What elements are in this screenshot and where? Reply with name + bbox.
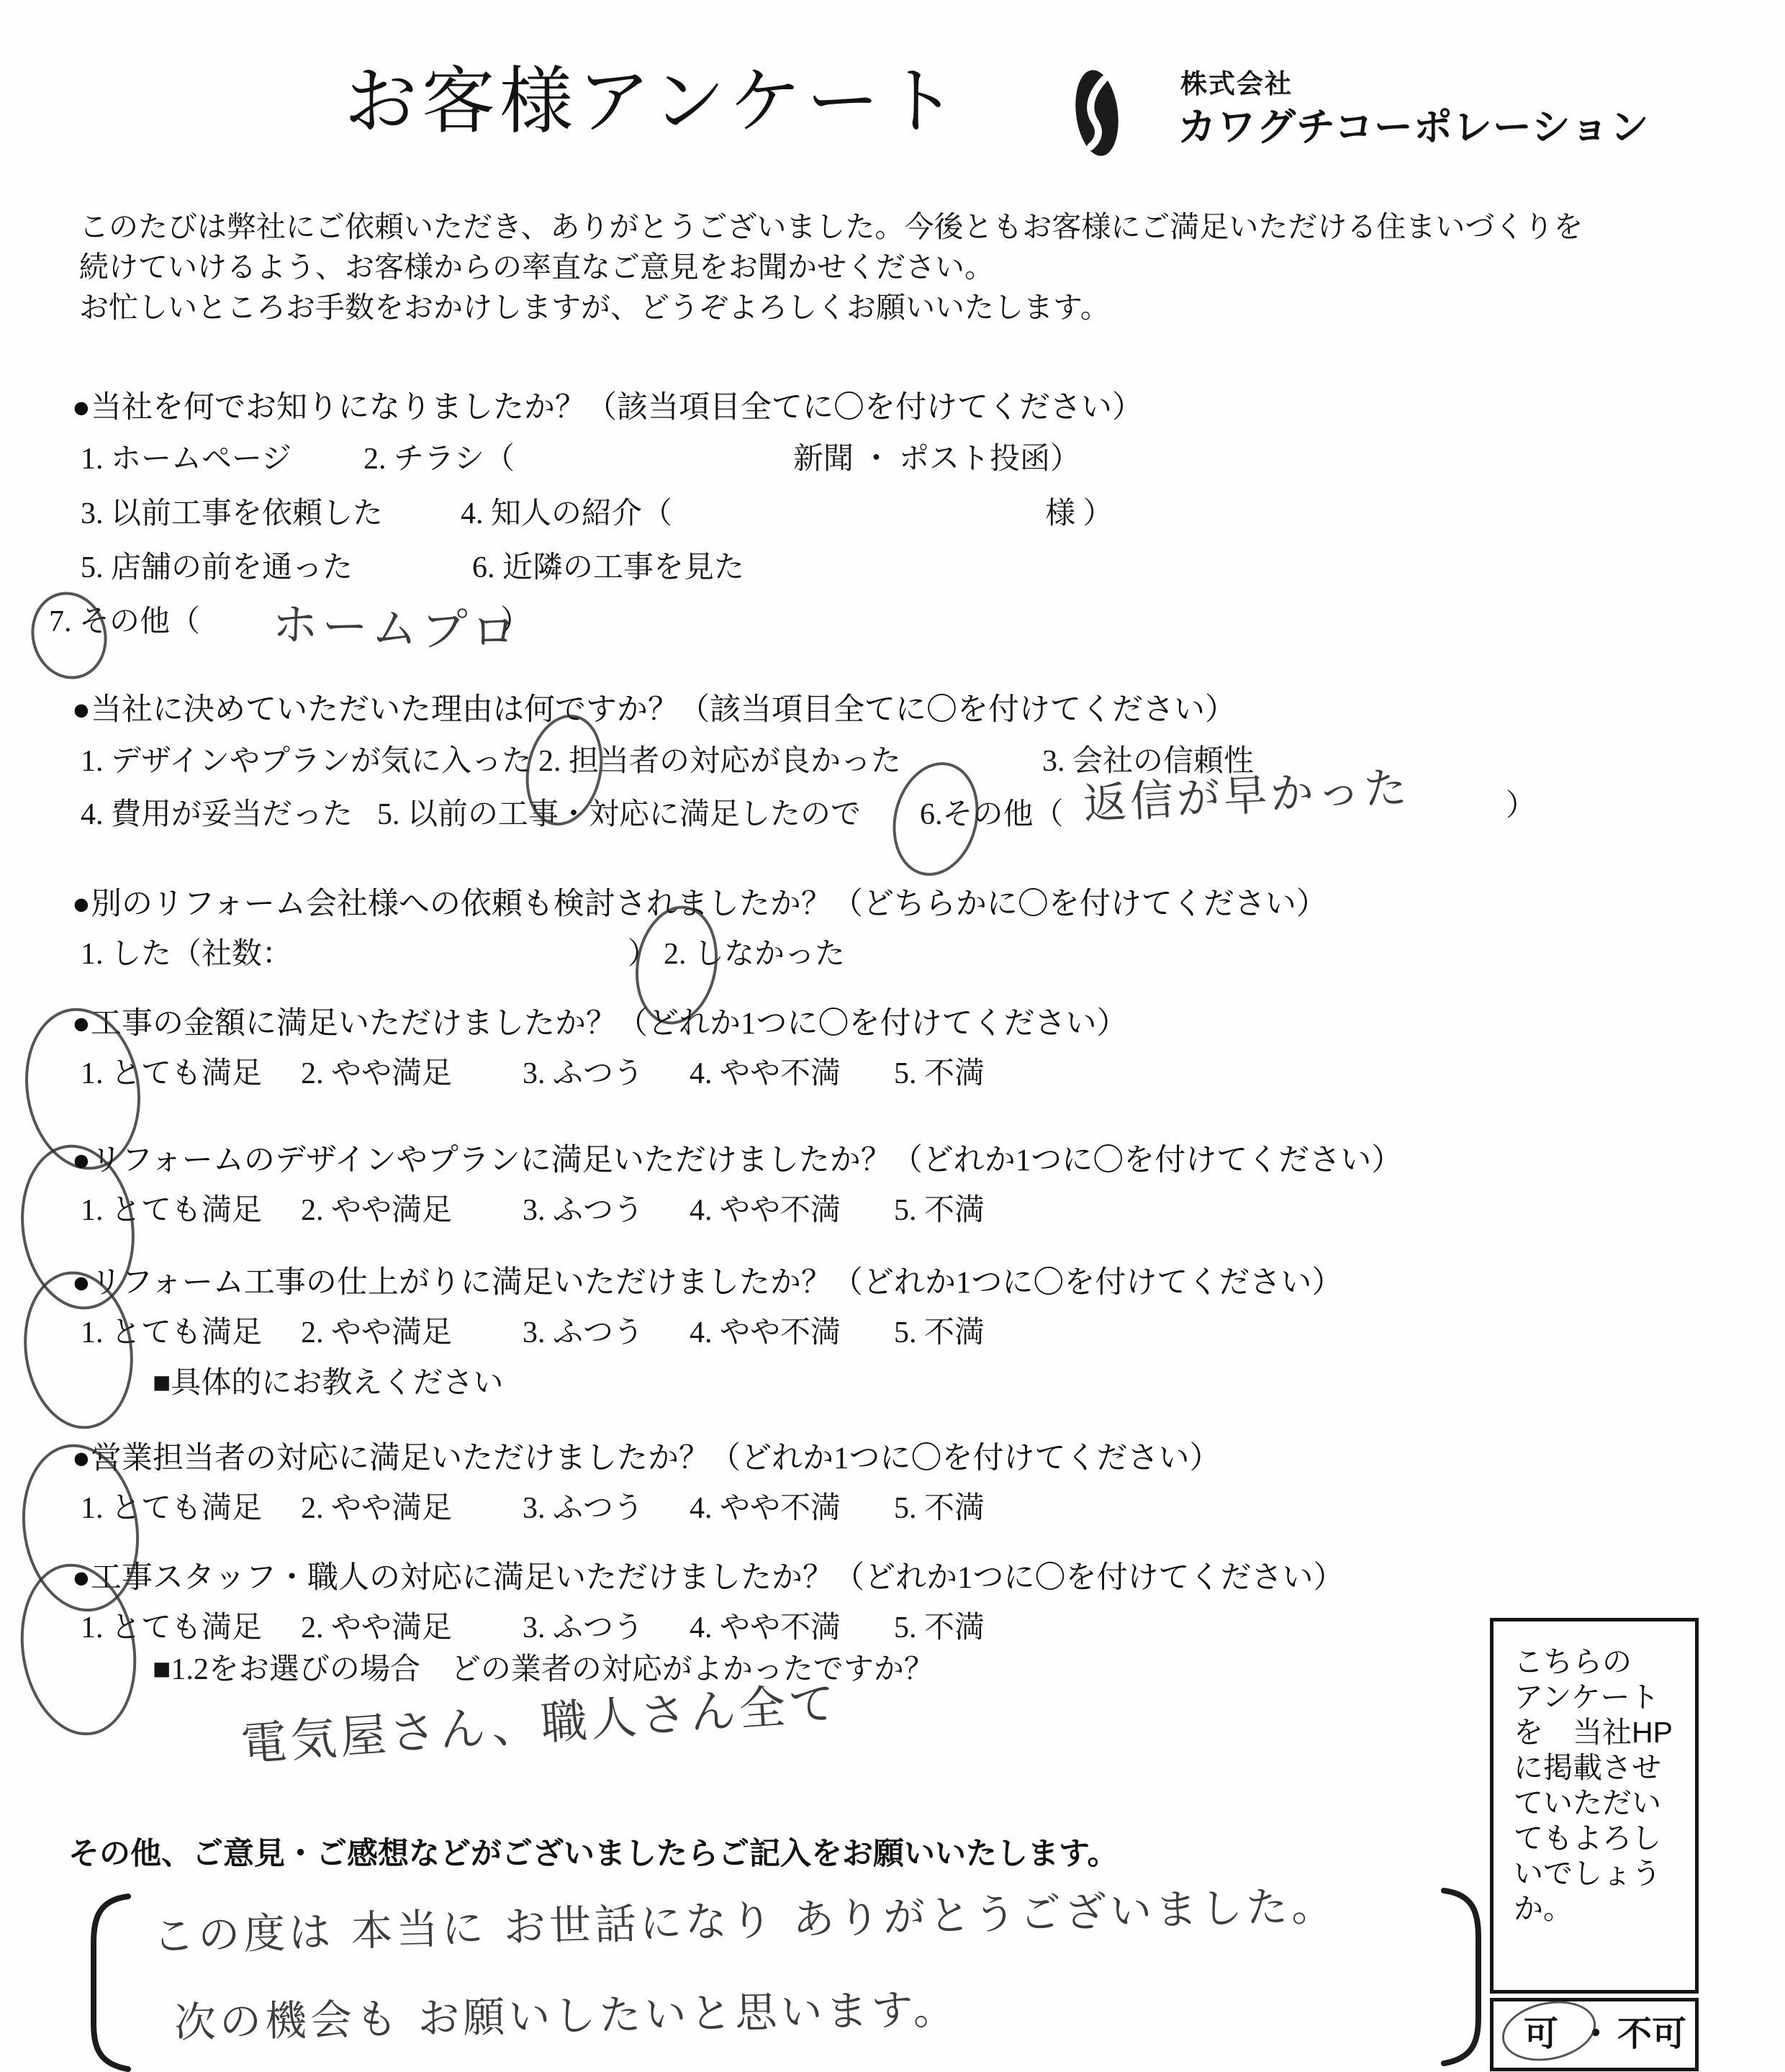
q1-option-5: 5. 店舗の前を通った <box>81 551 353 585</box>
comments-heading: その他、ご意見・ご感想などがございましたらご記入をお願いいたします。 <box>68 1837 1119 1872</box>
q1-option-2: 2. チラシ（ <box>363 442 515 476</box>
company-logo-icon <box>1074 68 1120 162</box>
hp-deny-label: 不可 <box>1617 2014 1686 2054</box>
q6-option-3: 3. ふつう <box>523 1316 643 1350</box>
q8-heading: ●工事スタッフ・職人の対応に満足いただけましたか？（どれか1つに〇を付けてくださ… <box>72 1560 1344 1596</box>
q6-option-4: 4. やや不満 <box>690 1316 841 1350</box>
q5-heading: ●リフォームのデザインやプランに満足いただけましたか？（どれか1つに〇を付けてく… <box>72 1143 1402 1178</box>
intro-line-1: このたびは弊社にご依頼いただき、ありがとうございました。今後ともお客様にご満足い… <box>79 210 1583 244</box>
q4-option-4: 4. やや不満 <box>690 1057 841 1091</box>
q2-option-4: 4. 費用が妥当だった <box>81 797 353 832</box>
q2-option-5: 5. 以前の工事・対応に満足したので <box>377 797 861 832</box>
q2-heading: ●当社に決めていただいた理由は何ですか？（該当項目全てに〇を付けてください） <box>72 692 1236 728</box>
q6-heading: ●リフォーム工事の仕上がりに満足いただけましたか？（どれか1つに〇を付けてくださ… <box>72 1265 1342 1300</box>
company-name: カワグチコーポレーション <box>1178 105 1650 150</box>
q5-option-4: 4. やや不満 <box>690 1193 841 1228</box>
q2-option-1: 1. デザインやプランが気に入った <box>81 744 532 779</box>
q5-option-3: 3. ふつう <box>523 1193 643 1228</box>
hp-box-line-7: いでしょう <box>1514 1856 1695 1891</box>
q1-option-4: 4. 知人の紹介（ <box>461 497 672 531</box>
q8-option-4: 4. やや不満 <box>690 1611 841 1645</box>
q1-option-3: 3. 以前工事を依頼した <box>81 497 383 531</box>
intro-line-2: 続けていけるよう、お客様からの率直なご意見をお聞かせください。 <box>79 250 994 284</box>
q8-option-3: 3. ふつう <box>523 1611 643 1645</box>
q6-option-5: 5. 不満 <box>894 1316 985 1350</box>
q7-option-2: 2. やや満足 <box>301 1491 452 1526</box>
q8-option-2: 2. やや満足 <box>301 1611 452 1645</box>
q7-heading: ●営業担当者の対応に満足いただけましたか？（どれか1つに〇を付けてください） <box>72 1441 1220 1476</box>
q4-option-2: 2. やや満足 <box>301 1057 452 1091</box>
q6-option-2: 2. やや満足 <box>301 1316 452 1350</box>
q1-option-2-inner: 新聞 ・ ポスト投函） <box>793 442 1080 476</box>
q1-option-1: 1. ホームページ <box>81 442 292 476</box>
comment-open-bracket <box>83 1893 134 2072</box>
comment-close-bracket <box>1438 1887 1488 2071</box>
q1-option-7-close-paren: ） <box>500 605 530 639</box>
hp-box-line-1: こちらの <box>1514 1645 1695 1680</box>
q1-option-4-suffix: 様 ） <box>1045 497 1113 531</box>
hp-permission-box: こちらの アンケート を 当社HP に掲載させ ていただい てもよろし いでしょ… <box>1490 1618 1699 1994</box>
comment-handwritten-line-2: 次の機会も お願いしたいと思います。 <box>174 1985 959 2047</box>
q5-option-2: 2. やや満足 <box>301 1193 452 1228</box>
q4-option-5: 5. 不満 <box>894 1057 985 1091</box>
q8-handwritten-answer: 電気屋さん、職人さん全て <box>239 1678 840 1772</box>
q7-option-4: 4. やや不満 <box>690 1491 841 1526</box>
hp-box-line-2: アンケート <box>1514 1680 1695 1715</box>
q7-option-5: 5. 不満 <box>894 1491 985 1526</box>
q1-option-7-handwritten-answer: ホームプロ <box>271 599 521 661</box>
q4-heading: ●工事の金額に満足いただけましたか？（どれか1つに〇を付けてください） <box>72 1006 1127 1041</box>
survey-scan-page: お客様アンケート 株式会社 カワグチコーポレーション このたびは弊社にご依頼いた… <box>0 0 1785 2072</box>
hp-box-line-5: ていただい <box>1514 1786 1695 1821</box>
hp-box-line-3: を 当社HP <box>1514 1715 1695 1750</box>
handwritten-circle-q1-option-7 <box>22 584 116 687</box>
q2-option-6-close-paren: ） <box>1506 789 1536 823</box>
q1-option-6: 6. 近隣の工事を見た <box>472 551 744 585</box>
hp-box-line-6: てもよろし <box>1514 1821 1695 1856</box>
q4-option-3: 3. ふつう <box>523 1057 643 1091</box>
q8-option-5: 5. 不満 <box>894 1611 985 1645</box>
company-prefix: 株式会社 <box>1180 69 1293 100</box>
q1-heading: ●当社を何でお知りになりましたか？（該当項目全てに〇を付けてください） <box>72 390 1143 425</box>
q5-option-5: 5. 不満 <box>894 1193 985 1228</box>
hp-box-line-8: か。 <box>1514 1891 1695 1927</box>
q6-sub-prompt: ■具体的にお教えください <box>153 1366 503 1401</box>
q7-option-3: 3. ふつう <box>523 1491 643 1526</box>
q3-option-1: 1. した（社数： <box>81 937 292 972</box>
hp-box-line-4: に掲載させ <box>1514 1750 1695 1786</box>
intro-line-3: お忙しいところお手数をおかけしますが、どうぞよろしくお願いいたします。 <box>79 291 1110 325</box>
comment-handwritten-line-1: この度は 本当に お世話になり ありがとうございました。 <box>152 1881 1337 1960</box>
page-title: お客様アンケート <box>344 60 962 145</box>
